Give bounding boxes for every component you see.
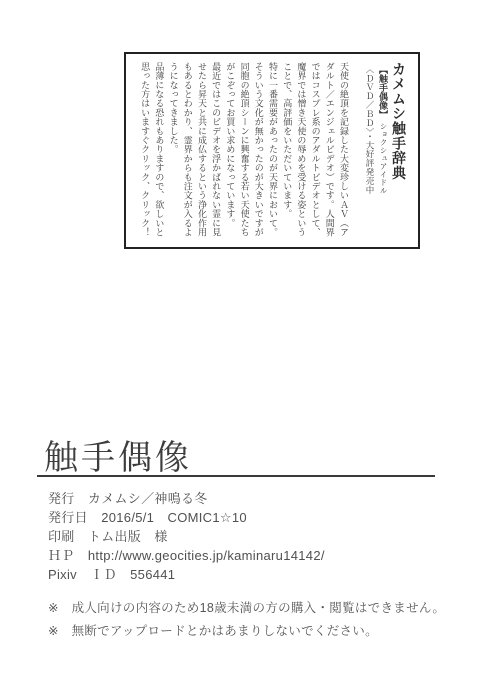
colophon-info-block: 発行 カメムシ／神鳴る冬 発行日 2016/5/1 COMIC1☆10 印刷 ト… <box>48 489 325 584</box>
advert-body-line: そういう文化が無かったのが大きいですが <box>252 62 266 239</box>
advert-box: カメムシ触手辞典 【触手偶像】 ショクシュアイドル 〈ＤＶＤ／ＢＤ〉・大好評発売… <box>124 52 420 249</box>
advert-body-line: ことで、高評価をいただいています。 <box>280 62 294 239</box>
advert-body-text: 天使の絶頂を記録した大変珍しいＡＶ（ア ダルト／エンジェルビデオ）です。人間界 … <box>138 62 351 239</box>
advert-body-line: 品薄になる恐れもありますので、欲しいと <box>152 62 166 239</box>
info-line-homepage-url: ＨＰ http://www.geocities.jp/kaminaru14142… <box>48 546 325 565</box>
note-no-upload: ※ 無断でアップロードとかはあまりしないでください。 <box>48 620 445 643</box>
advert-body-line: 思った方はいますぐクリック、クリック！ <box>138 62 152 239</box>
advert-body-line: もあるとわかり、霊界からも注文が入るよ <box>181 62 195 239</box>
advert-subtitle-main: 【触手偶像】 <box>378 65 388 115</box>
colophon-title: 触手偶像 <box>44 430 192 479</box>
advert-body-line: 特に一番需要があったのが天界において。 <box>266 62 280 239</box>
advert-box-content: カメムシ触手辞典 【触手偶像】 ショクシュアイドル 〈ＤＶＤ／ＢＤ〉・大好評発売… <box>126 54 418 247</box>
advert-body-line: 同胞の絶頂シーンに興奮する若い天使たち <box>237 62 251 239</box>
advert-body-line: がこぞってお買い求めになっています。 <box>223 62 237 239</box>
colophon-notes-block: ※ 成人向けの内容のため18歳未満の方の購入・閲覧はできません。 ※ 無断でアッ… <box>48 597 445 643</box>
advert-release-line: 〈ＤＶＤ／ＢＤ〉・大好評発売中 <box>363 62 376 239</box>
advert-body-line: ダルト／エンジェルビデオ）です。人間界 <box>323 62 337 239</box>
info-line-pixiv-id: Pixiv ＩＤ 556441 <box>48 565 325 584</box>
advert-body-line: ではコスプレ系のアダルトビデオとして、 <box>308 62 322 239</box>
advert-body-line: 魔界では憎き天使の辱めを受ける姿という <box>294 62 308 239</box>
info-line-date-event: 発行日 2016/5/1 COMIC1☆10 <box>48 508 325 527</box>
info-line-printer: 印刷 トム出版 様 <box>48 527 325 546</box>
info-line-publisher: 発行 カメムシ／神鳴る冬 <box>48 489 325 508</box>
advert-subtitle: 【触手偶像】 ショクシュアイドル <box>376 62 390 239</box>
advert-body-line: せたら昇天と共に成仏するという浄化作用 <box>195 62 209 239</box>
divider-rule <box>37 475 435 477</box>
advert-subtitle-reading: ショクシュアイドル <box>379 115 388 195</box>
note-age-restriction: ※ 成人向けの内容のため18歳未満の方の購入・閲覧はできません。 <box>48 597 445 620</box>
advert-body-line: 最近ではこのビデオを浮かばれない霊に見 <box>209 62 223 239</box>
advert-title: カメムシ触手辞典 <box>390 62 408 239</box>
advert-body-line: うになってきました。 <box>166 62 180 239</box>
advert-body-line: 天使の絶頂を記録した大変珍しいＡＶ（ア <box>337 62 351 239</box>
